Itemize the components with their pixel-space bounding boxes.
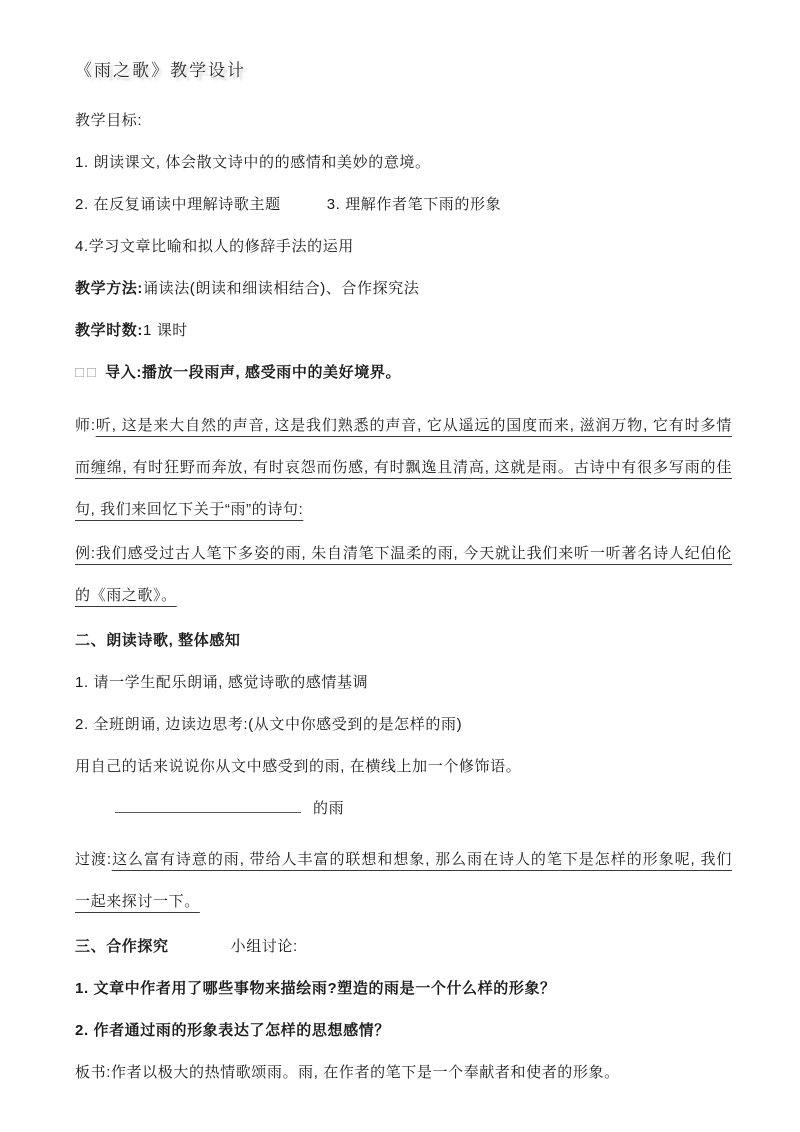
transition-label: 过渡: xyxy=(75,851,112,868)
objectives-row: 2. 在反复诵读中理解诗歌主题3. 理解作者笔下雨的形象 xyxy=(75,195,732,215)
section2-heading: 二、朗读诗歌, 整体感知 xyxy=(75,631,732,651)
teacher-speech: 听, 这是来大自然的声音, 这是我们熟悉的声音, 它从遥远的国度而来, 滋润万物… xyxy=(75,417,732,518)
objectives-label: 教学目标: xyxy=(75,111,732,131)
objective-2: 2. 在反复诵读中理解诗歌主题 xyxy=(75,196,281,213)
section3-heading-row: 三、合作探究小组讨论: xyxy=(75,937,732,957)
board-note: 板书:作者以极大的热情歌颂雨。雨, 在作者的笔下是一个奉献者和使者的形象。 xyxy=(75,1063,732,1083)
board-label: 板书: xyxy=(75,1064,111,1081)
section2-item-1: 1. 请一学生配乐朗诵, 感觉诗歌的感情基调 xyxy=(75,673,732,693)
example-text: 例:我们感受过古人笔下多姿的雨, 朱自清笔下温柔的雨, 今天就让我们来听一听著名… xyxy=(75,545,732,604)
section3-question-1: 1. 文章中作者用了哪些事物来描绘雨?塑造的雨是一个什么样的形象？ xyxy=(75,979,732,999)
objective-3: 3. 理解作者笔下雨的形象 xyxy=(327,196,501,213)
intro-line: □□导入:播放一段雨声, 感受雨中的美好境界。 xyxy=(75,363,732,383)
example-paragraph: 例:我们感受过古人笔下多姿的雨, 朱自清笔下温柔的雨, 今天就让我们来听一听著名… xyxy=(75,533,732,617)
teacher-label: 师: xyxy=(75,417,96,434)
missing-glyph-boxes: □□ xyxy=(75,364,99,381)
fill-blank-suffix: 的雨 xyxy=(313,800,344,817)
section2-item-2: 2. 全班朗诵, 边读边思考:(从文中你感受到的是怎样的雨) xyxy=(75,715,732,735)
method-value: 诵读法(朗读和细读相结合)、合作探究法 xyxy=(143,280,419,297)
teaching-method: 教学方法:诵读法(朗读和细读相结合)、合作探究法 xyxy=(75,279,732,299)
fill-blank-underline xyxy=(115,799,301,813)
hours-label: 教学时数: xyxy=(75,322,143,339)
board-value: 作者以极大的热情歌颂雨。雨, 在作者的笔下是一个奉献者和使者的形象。 xyxy=(111,1064,620,1081)
section3-heading: 三、合作探究 xyxy=(75,938,169,955)
transition-text: 这么富有诗意的雨, 带给人丰富的联想和想象, 那么雨在诗人的笔下是怎样的形象呢,… xyxy=(75,851,732,910)
teacher-speech-paragraph: 师:听, 这是来大自然的声音, 这是我们熟悉的声音, 它从遥远的国度而来, 滋润… xyxy=(75,405,732,531)
objective-1: 1. 朗读课文, 体会散文诗中的的感情和美妙的意境。 xyxy=(75,153,732,173)
hours-value: 1 课时 xyxy=(143,322,188,339)
transition-paragraph: 过渡:这么富有诗意的雨, 带给人丰富的联想和想象, 那么雨在诗人的笔下是怎样的形… xyxy=(75,839,732,923)
teaching-hours: 教学时数:1 课时 xyxy=(75,321,732,341)
intro-text: 导入:播放一段雨声, 感受雨中的美好境界。 xyxy=(105,364,401,381)
document-title: 《雨之歌》教学设计 xyxy=(75,56,732,81)
section2-instruction: 用自己的话来说说你从文中感受到的雨, 在横线上加一个修饰语。 xyxy=(75,757,732,777)
objective-4: 4.学习文章比喻和拟人的修辞手法的运用 xyxy=(75,237,732,257)
section3-question-2: 2. 作者通过雨的形象表达了怎样的思想感情？ xyxy=(75,1021,732,1041)
section3-sub: 小组讨论: xyxy=(231,938,298,955)
fill-blank-row: 的雨 xyxy=(115,799,732,819)
document-page: 《雨之歌》教学设计 教学目标: 1. 朗读课文, 体会散文诗中的的感情和美妙的意… xyxy=(0,0,800,1083)
method-label: 教学方法: xyxy=(75,280,143,297)
